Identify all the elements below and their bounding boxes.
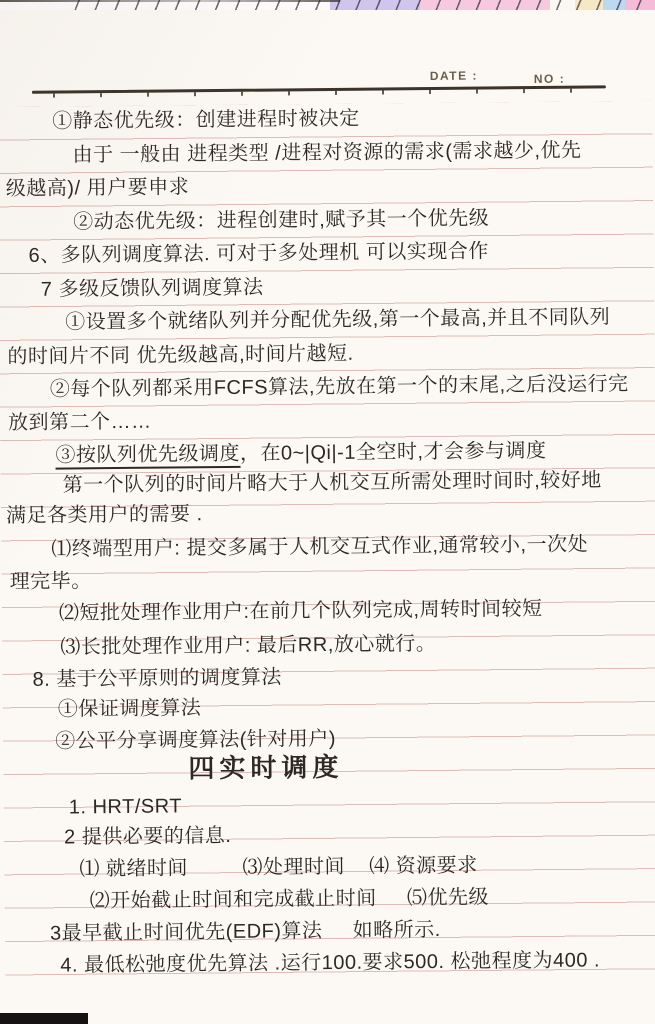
note-line: ①保证调度算法 [58, 693, 202, 724]
note-text: ⑴终端型用户: 提交多属于人机交互式作业,通常较小,一次处 [51, 534, 588, 561]
note-line: ②动态优先级：进程创建时,赋予其一个优先级 [73, 203, 489, 237]
note-text: ②动态优先级：进程创建时,赋予其一个优先级 [73, 207, 489, 233]
note-line: 8. 基于公平原则的调度算法 [32, 662, 282, 694]
note-text: ⑵开始截止时间和完成截止时间 ⑸优先级 [90, 886, 489, 912]
note-line: 2 提供必要的信息. [64, 821, 232, 853]
note-line: 理完毕。 [9, 566, 91, 597]
note-text: 1. HRT/SRT [69, 795, 182, 818]
note-text: 由于 一般由 进程类型 /进程对资源的需求(需求越少,优先 [72, 140, 581, 167]
note-line: ①设置多个就绪队列并分配优先级,第一个最高,并且不同队列 [65, 302, 610, 337]
note-line: ⑶长批处理作业用户: 最后RR,放心就行。 [60, 629, 436, 663]
note-text: ⑶长批处理作业用户: 最后RR,放心就行。 [60, 633, 436, 659]
note-text: 6、多队列调度算法. 可对于多处理机 可以实现合作 [28, 240, 488, 266]
note-text: 满足各类用户的需要 . [6, 503, 203, 527]
note-line: 6、多队列调度算法. 可对于多处理机 可以实现合作 [28, 236, 489, 270]
note-text: 第一个队列的时间片略大于人机交互所需处理时间时,较好地 [63, 469, 602, 496]
note-text: ⑴ 就绪时间 ⑶处理时间 ⑷ 资源要求 [79, 855, 478, 881]
note-line: 3最早截止时间优先(EDF)算法 如略所示. [50, 915, 441, 949]
note-text: 四实时调度 [188, 752, 343, 783]
note-text: 2 提供必要的信息. [64, 825, 231, 849]
note-line: ①静态优先级：创建进程时被决定 [52, 104, 360, 137]
note-line: 1. HRT/SRT [69, 791, 182, 822]
note-text: 8. 基于公平原则的调度算法 [32, 666, 281, 690]
notebook-photo: DATE : NO : ①静态优先级：创建进程时被决定由于 一般由 进程类型 /… [0, 0, 655, 1024]
note-line: 的时间片不同 优先级越高,时间片越短. [7, 339, 353, 372]
note-line: 满足各类用户的需要 . [6, 499, 203, 531]
note-line: ⑴ 就绪时间 ⑶处理时间 ⑷ 资源要求 [79, 851, 478, 885]
note-line: ⑵开始截止时间和完成截止时间 ⑸优先级 [90, 882, 490, 916]
note-text: 放到第二个…… [8, 411, 152, 434]
note-text: ，在0~|Qi|-1全空时,才会参与调度 [240, 440, 547, 465]
desk-shadow [0, 1013, 88, 1024]
note-text: 理完毕。 [10, 570, 92, 593]
note-text: 4. 最低松弛度优先算法 .运行100.要求500. 松弛程度为400 . [60, 949, 600, 976]
note-line: ②每个队列都采用FCFS算法,先放在第一个的末尾,之后没运行完 [50, 369, 629, 405]
note-text: 3最早截止时间优先(EDF)算法 如略所示. [50, 919, 441, 945]
notes-layer: ①静态优先级：创建进程时被决定由于 一般由 进程类型 /进程对资源的需求(需求越… [0, 0, 655, 1024]
note-text: 7 多级反馈队列调度算法 [41, 277, 264, 301]
note-text: ①静态优先级：创建进程时被决定 [52, 108, 360, 133]
note-line: ③按队列优先级调度，在0~|Qi|-1全空时,才会参与调度 [55, 436, 546, 471]
note-text: ①保证调度算法 [58, 697, 202, 720]
notebook-page: DATE : NO : ①静态优先级：创建进程时被决定由于 一般由 进程类型 /… [0, 0, 655, 1024]
note-text: ②公平分享调度算法(针对用户) [55, 728, 336, 753]
note-line: ⑵短批处理作业用户:在前几个队列完成,周转时间较短 [59, 594, 543, 629]
note-line: ⑴终端型用户: 提交多属于人机交互式作业,通常较小,一次处 [51, 530, 588, 565]
note-text: ①设置多个就绪队列并分配优先级,第一个最高,并且不同队列 [65, 306, 610, 333]
note-text: ⑵短批处理作业用户:在前几个队列完成,周转时间较短 [59, 598, 543, 625]
note-line: 7 多级反馈队列调度算法 [41, 273, 264, 305]
note-text: 级越高)/ 用户要申求 [6, 176, 189, 200]
note-line: 第一个队列的时间片略大于人机交互所需处理时间时,较好地 [63, 465, 602, 500]
note-text: 的时间片不同 优先级越高,时间片越短. [7, 343, 353, 368]
note-line: 放到第二个…… [8, 407, 152, 438]
note-line: 级越高)/ 用户要申求 [6, 172, 190, 204]
note-text-underlined: ③按队列优先级调度 [55, 443, 240, 470]
note-text: ②每个队列都采用FCFS算法,先放在第一个的末尾,之后没运行完 [50, 373, 629, 401]
note-heading: 四实时调度 [188, 752, 343, 783]
note-line: 4. 最低松弛度优先算法 .运行100.要求500. 松弛程度为400 . [60, 945, 600, 980]
note-line: 由于 一般由 进程类型 /进程对资源的需求(需求越少,优先 [72, 136, 581, 171]
